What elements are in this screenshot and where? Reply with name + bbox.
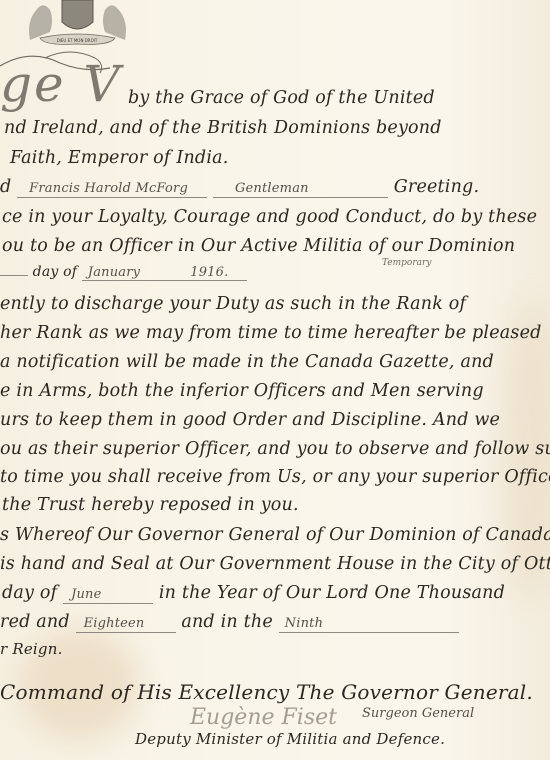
year-word-field: Eighteen (76, 612, 176, 633)
text-line: the Trust hereby reposed in you. (2, 495, 299, 515)
dated-day-label: day of (2, 583, 57, 603)
text-line: to time you shall receive from Us, or an… (0, 467, 550, 487)
signer-title: Surgeon General (362, 706, 474, 721)
crest-motto: DIEU ET MON DROIT (57, 38, 98, 43)
text-line: e in Arms, both the inferior Officers an… (0, 381, 484, 401)
text-line: Faith, Emperor of India. (10, 148, 229, 168)
text-line: nd Ireland, and of the British Dominions… (4, 118, 442, 138)
deputy-minister-line: Deputy Minister of Militia and Defence. (135, 730, 445, 748)
appointment-date-line: day of January1916. (0, 264, 247, 281)
addressee-name-field: Francis Harold McForg (17, 177, 207, 198)
text-line: a notification will be made in the Canad… (0, 352, 494, 372)
dated-line: day of June in the Year of Our Lord One … (2, 583, 505, 604)
year-word: Eighteen (76, 616, 145, 631)
rank-annotation: Temporary (382, 258, 431, 268)
text-line: her Rank as we may from time to time her… (0, 323, 542, 343)
appointment-year: 1916. (140, 265, 228, 280)
dated-month-field: June (63, 583, 153, 604)
reign-year: Ninth (279, 616, 324, 631)
text-line: s Whereof Our Governor General of Our Do… (0, 525, 550, 545)
addressee-line: d Francis Harold McForg Gentleman Greeti… (0, 177, 479, 198)
year-prefix: red and (0, 612, 70, 632)
text-line: urs to keep them in good Order and Disci… (0, 410, 500, 430)
text-line: ou to be an Officer in Our Active Militi… (2, 236, 515, 256)
text-line: ently to discharge your Duty as such in … (0, 294, 466, 314)
dated-year-text: in the Year of Our Lord One Thousand (159, 583, 505, 603)
blank-field (0, 275, 28, 276)
addressee-title-field: Gentleman (213, 177, 388, 198)
appointment-month-field: January1916. (82, 264, 247, 281)
appointment-day-label: day of (33, 264, 77, 280)
signature: Eugène Fiset (190, 705, 337, 730)
dated-month: June (63, 587, 101, 602)
heading-king-name: ge V (0, 55, 122, 113)
greeting-text: Greeting. (394, 177, 480, 197)
reign-year-field: Ninth (279, 612, 459, 633)
reign-text: and in the (181, 612, 273, 632)
reign-line: r Reign. (0, 640, 63, 658)
addressee-prefix: d (0, 177, 11, 197)
appointment-month: January (82, 265, 140, 280)
year-line: red and Eighteen and in the Ninth (0, 612, 459, 633)
text-line: by the Grace of God of the United (128, 88, 435, 108)
text-line: ce in your Loyalty, Courage and good Con… (2, 207, 537, 227)
addressee-title: Gentleman (213, 181, 309, 196)
addressee-name: Francis Harold McForg (17, 181, 188, 196)
text-line: ou as their superior Officer, and you to… (0, 439, 550, 459)
royal-coat-of-arms-icon: DIEU ET MON DROIT (20, 0, 135, 50)
command-line: Command of His Excellency The Governor G… (0, 680, 533, 704)
text-line: is hand and Seal at Our Government House… (0, 554, 550, 574)
